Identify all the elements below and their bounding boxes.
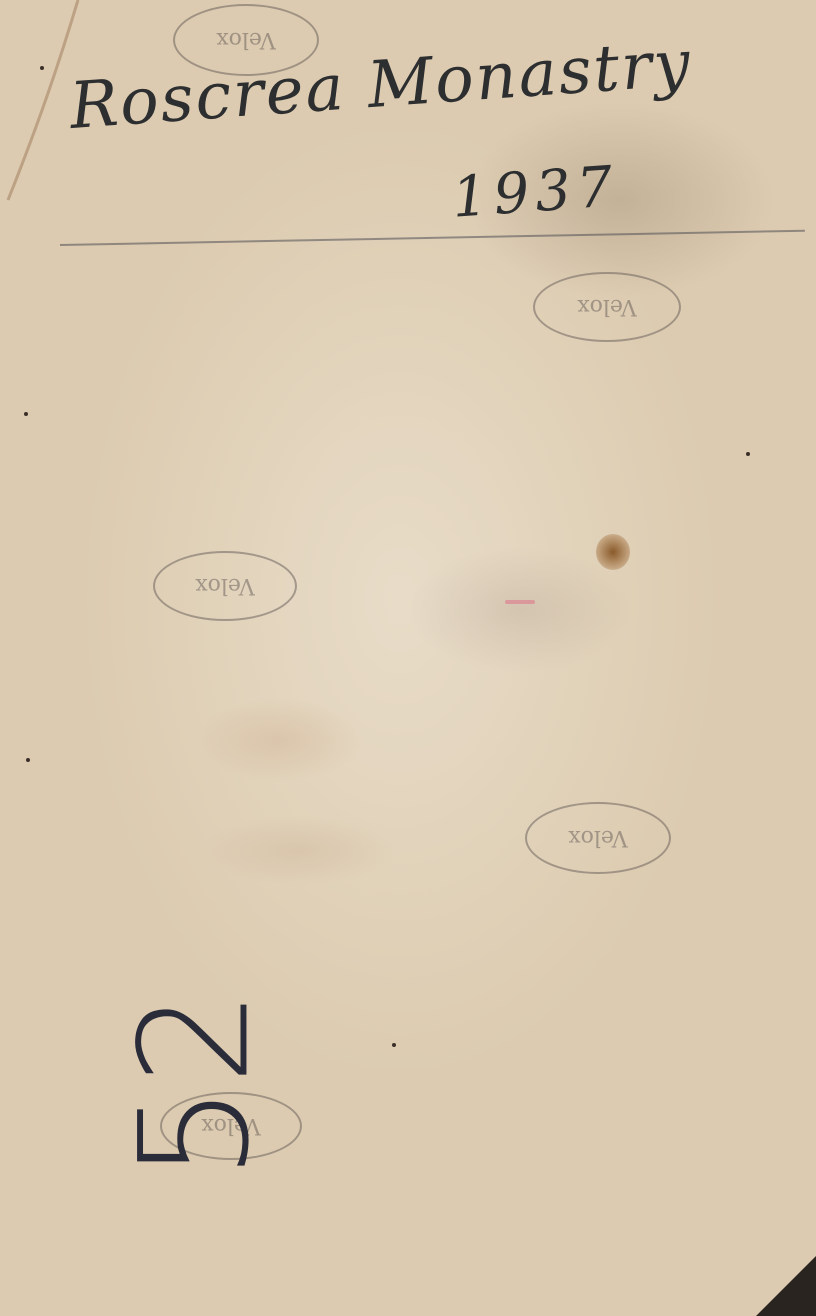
ink-dot bbox=[746, 452, 750, 456]
ink-dot bbox=[40, 66, 44, 70]
inscription-year: 1937 bbox=[450, 154, 621, 230]
inscription-title: Roscrea Monastry bbox=[67, 27, 694, 144]
pink-mark bbox=[505, 600, 535, 604]
ink-dot bbox=[26, 758, 30, 762]
velox-stamp-upper-right: Velox bbox=[533, 272, 681, 342]
ink-dot bbox=[392, 1043, 396, 1047]
photo-back: Velox Velox Velox Velox Velox Roscrea Mo… bbox=[0, 0, 816, 1316]
velox-stamp-lower-right: Velox bbox=[525, 802, 671, 874]
torn-corner bbox=[756, 1256, 816, 1316]
brown-stain bbox=[596, 534, 630, 570]
pencil-underline bbox=[60, 230, 805, 246]
velox-stamp-middle-left: Velox bbox=[153, 551, 297, 621]
ink-dot bbox=[24, 412, 28, 416]
catalog-number: 52 bbox=[120, 990, 270, 1181]
